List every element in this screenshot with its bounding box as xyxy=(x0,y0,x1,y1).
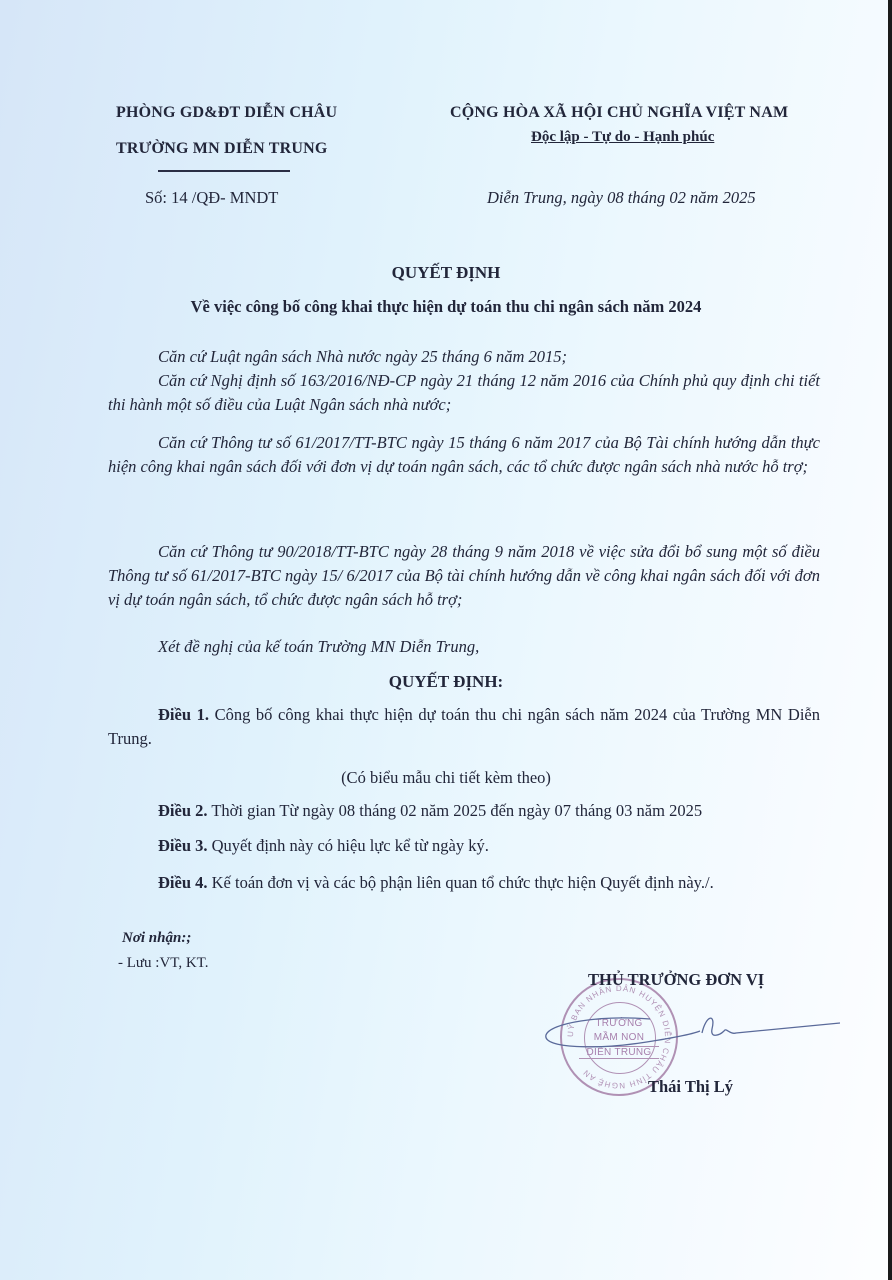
doc-number: Số: 14 /QĐ- MNDT xyxy=(145,188,278,208)
recipient-item: - Lưu :VT, KT. xyxy=(118,955,208,972)
nation-motto: Độc lập - Tự do - Hạnh phúc xyxy=(531,129,714,146)
school-name: TRƯỜNG MN DIỄN TRUNG xyxy=(116,140,328,158)
article-4-text: Kế toán đơn vị và các bộ phận liên quan … xyxy=(208,873,714,892)
article-2: Điều 2. Thời gian Từ ngày 08 tháng 02 nă… xyxy=(108,799,820,823)
page-edge xyxy=(888,0,892,1280)
nation-heading: CỘNG HÒA XÃ HỘI CHỦ NGHĨA VIỆT NAM xyxy=(450,104,788,122)
signatory-title: THỦ TRƯỞNG ĐƠN VỊ xyxy=(588,970,764,990)
document-title: QUYẾT ĐỊNH xyxy=(0,263,892,283)
basis-4: Căn cứ Thông tư 90/2018/TT-BTC ngày 28 t… xyxy=(108,540,820,612)
basis-5: Xét đề nghị của kế toán Trường MN Diễn T… xyxy=(108,635,820,659)
agency-name: PHÒNG GD&ĐT DIỄN CHÂU xyxy=(116,104,337,122)
article-4: Điều 4. Kế toán đơn vị và các bộ phận li… xyxy=(108,871,820,895)
article-2-label: Điều 2. xyxy=(158,801,208,820)
article-3-text: Quyết định này có hiệu lực kể từ ngày ký… xyxy=(208,836,489,855)
basis-1: Căn cứ Luật ngân sách Nhà nước ngày 25 t… xyxy=(108,345,820,369)
article-1-label: Điều 1. xyxy=(158,705,209,724)
document-subtitle: Về việc công bố công khai thực hiện dự t… xyxy=(0,297,892,317)
place-date: Diễn Trung, ngày 08 tháng 02 năm 2025 xyxy=(487,188,756,208)
recipients-label: Nơi nhận:; xyxy=(122,930,191,947)
signature-scribble-icon xyxy=(540,1005,850,1065)
basis-2: Căn cứ Nghị định số 163/2016/NĐ-CP ngày … xyxy=(108,369,820,417)
article-3-label: Điều 3. xyxy=(158,836,208,855)
basis-3: Căn cứ Thông tư số 61/2017/TT-BTC ngày 1… xyxy=(108,431,820,479)
article-2-text: Thời gian Từ ngày 08 tháng 02 năm 2025 đ… xyxy=(208,801,703,820)
decision-heading: QUYẾT ĐỊNH: xyxy=(0,672,892,692)
attachment-note: (Có biểu mẫu chi tiết kèm theo) xyxy=(0,768,892,788)
article-3: Điều 3. Quyết định này có hiệu lực kể từ… xyxy=(108,834,820,858)
article-1: Điều 1. Công bố công khai thực hiện dự t… xyxy=(108,703,820,751)
header-left-rule xyxy=(158,170,290,172)
article-4-label: Điều 4. xyxy=(158,873,208,892)
article-1-text: Công bố công khai thực hiện dự toán thu … xyxy=(108,705,820,748)
signatory-name: Thái Thị Lý xyxy=(648,1077,733,1097)
